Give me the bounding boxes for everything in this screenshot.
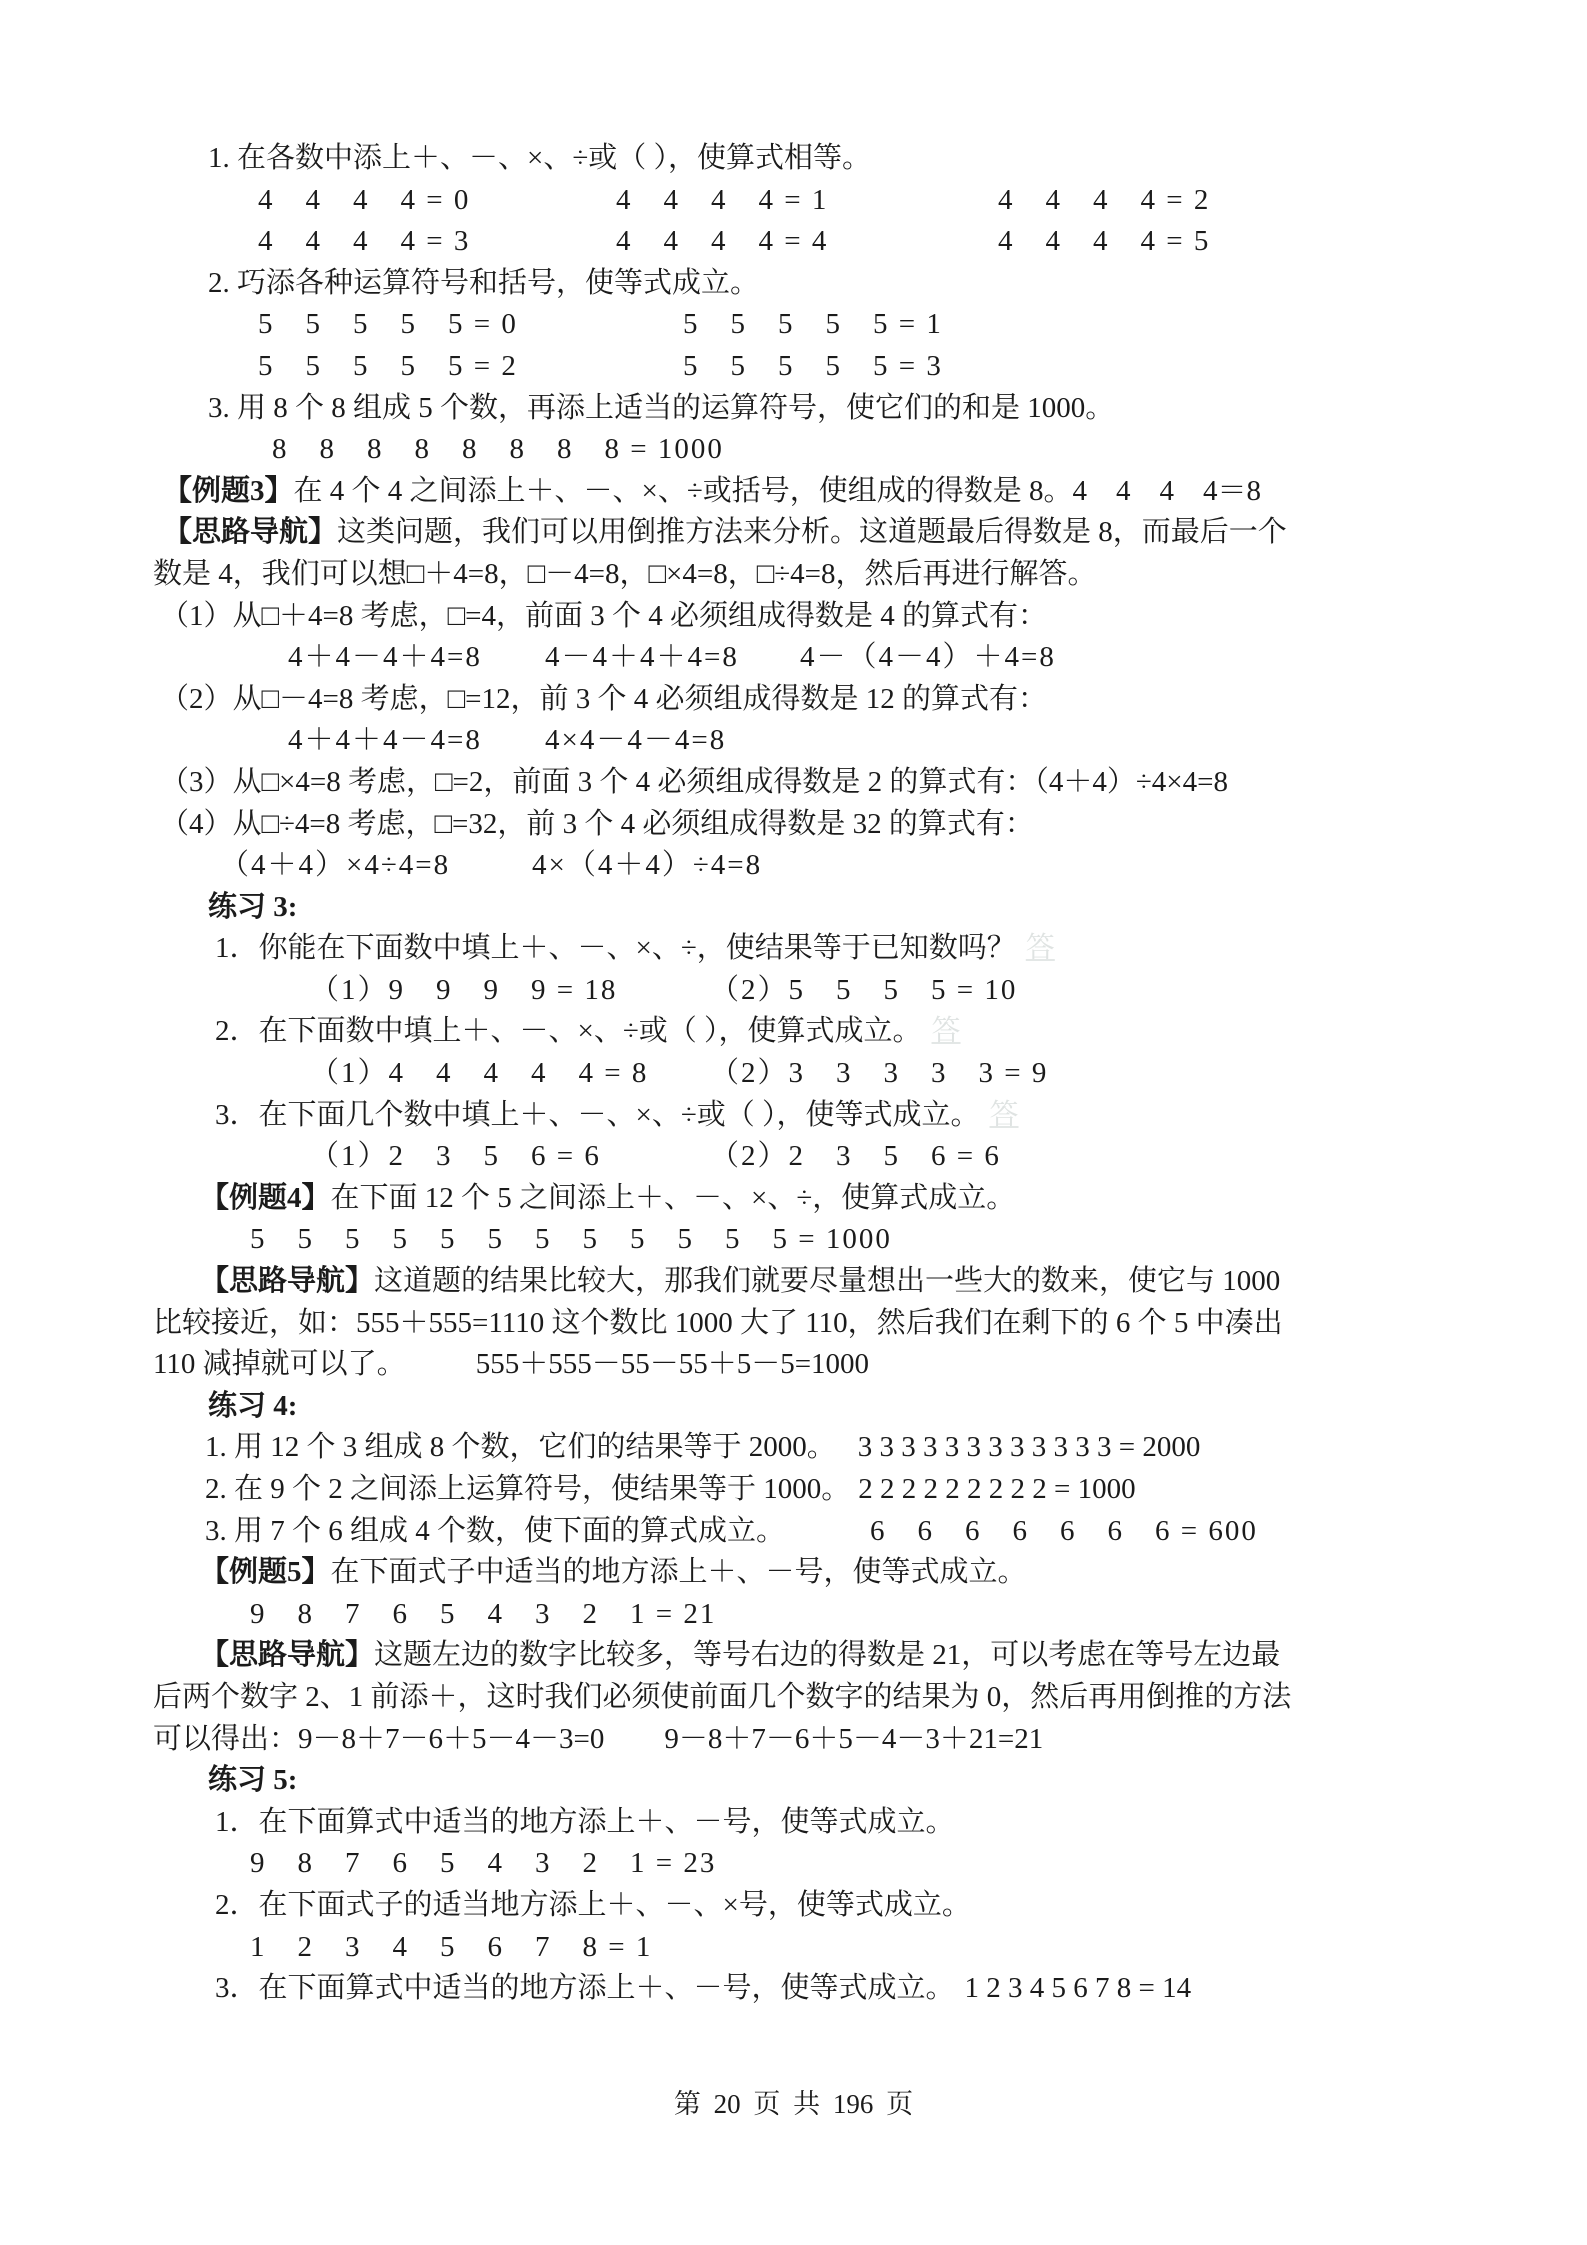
item-text: 1．你能在下面数中填上＋、－、×、÷，使结果等于已知数吗？ <box>215 932 1016 964</box>
practice-3-header: 练习 3: <box>0 887 1547 929</box>
equation: 4 4 4 4 = 4 <box>616 221 998 263</box>
equation: 4 4 4 4 = 2 <box>998 180 1210 222</box>
example-3-text: 在 4 个 4 之间添上＋、－、×、÷或括号，使组成的得数是 8。4 4 4 4… <box>294 475 1262 507</box>
problem-2-row-1: 5 5 5 5 5 = 0 5 5 5 5 5 = 1 <box>0 304 1547 346</box>
example-5-nav-line-2: 后两个数字 2、1 前添＋，这时我们必须使前面几个数字的结果为 0，然后再用倒推… <box>0 1677 1547 1719</box>
equation: 4 4 4 4 = 5 <box>998 221 1210 263</box>
practice-4-item-3: 3. 用 7 个 6 组成 4 个数，使下面的算式成立。6 6 6 6 6 6 … <box>0 1511 1547 1553</box>
nav-text: 这题左边的数字比较多，等号右边的得数是 21，可以考虑在等号左边最 <box>374 1639 1280 1671</box>
example-5-nav-line-1: 【思路导航】这题左边的数字比较多，等号右边的得数是 21，可以考虑在等号左边最 <box>0 1635 1547 1677</box>
example-4-line: 【例题4】在下面 12 个 5 之间添上＋、－、×、÷，使算式成立。 <box>0 1178 1547 1220</box>
example-3-case-1: （1）从□＋4=8 考虑，□=4，前面 3 个 4 必须组成得数是 4 的算式有… <box>0 596 1547 638</box>
example-3-line: 【例题3】在 4 个 4 之间添上＋、－、×、÷或括号，使组成的得数是 8。4 … <box>0 471 1547 513</box>
practice-4-item-2: 2. 在 9 个 2 之间添上运算符号，使结果等于 1000。2 2 2 2 2… <box>0 1469 1547 1511</box>
page-content: 1. 在各数中添上＋、－、×、÷或（ ），使算式相等。 4 4 4 4 = 0 … <box>0 138 1547 2010</box>
practice-5-header: 练习 5: <box>0 1760 1547 1802</box>
example-5-equation: 9 8 7 6 5 4 3 2 1 = 21 <box>0 1594 1547 1636</box>
example-5-label: 【例题5】 <box>200 1556 331 1588</box>
practice-4-item-1: 1. 用 12 个 3 组成 8 个数，它们的结果等于 2000。3 3 3 3… <box>0 1427 1547 1469</box>
practice-3-item-2: 2．在下面数中填上＋、－、×、÷或（ ），使算式成立。答 <box>0 1011 1547 1053</box>
equation: 1 2 3 4 5 6 7 8 = 14 <box>965 1972 1192 2004</box>
practice-5-item-1: 1．在下面算式中适当的地方添上＋、－号，使等式成立。 <box>0 1802 1547 1844</box>
nav-label: 【思路导航】 <box>200 1265 374 1297</box>
equation: （4＋4）×4÷4=8 <box>220 845 532 887</box>
example-4-nav-line-2: 比较接近，如：555＋555=1110 这个数比 1000 大了 110，然后我… <box>0 1303 1547 1345</box>
example-3-case-2-equations: 4＋4＋4－4=8 4×4－4－4=8 <box>0 720 1547 762</box>
problem-1-row-1: 4 4 4 4 = 0 4 4 4 4 = 1 4 4 4 4 = 2 <box>0 180 1547 222</box>
item-text: 1. 用 12 个 3 组成 8 个数，它们的结果等于 2000。 <box>205 1431 836 1463</box>
practice-3-item-2-equations: （1）4 4 4 4 4 = 8 （2）3 3 3 3 3 = 9 <box>0 1053 1547 1095</box>
practice-5-item-1-equation: 9 8 7 6 5 4 3 2 1 = 23 <box>0 1843 1547 1885</box>
equation: 4 4 4 4 = 1 <box>616 180 998 222</box>
equation: 2 2 2 2 2 2 2 2 2 = 1000 <box>858 1473 1135 1505</box>
practice-3-item-1-equations: （1）9 9 9 9 = 18 （2）5 5 5 5 = 10 <box>0 970 1547 1012</box>
equation: （2）5 5 5 5 = 10 <box>710 970 1017 1012</box>
answer-link[interactable]: 答 <box>932 1015 961 1047</box>
document-page: 1. 在各数中添上＋、－、×、÷或（ ），使算式相等。 4 4 4 4 = 0 … <box>0 0 1587 2245</box>
page-footer: 第 20 页 共 196 页 <box>0 2082 1587 2121</box>
item-text: 3．在下面算式中适当的地方添上＋、－号，使等式成立。 <box>215 1972 955 2004</box>
example-5-line: 【例题5】在下面式子中适当的地方添上＋、－号，使等式成立。 <box>0 1552 1547 1594</box>
example-3-case-4: （4）从□÷4=8 考虑，□=32，前 3 个 4 必须组成得数是 32 的算式… <box>0 804 1547 846</box>
item-text: 2. 在 9 个 2 之间添上运算符号，使结果等于 1000。 <box>205 1473 850 1505</box>
example-4-nav-line-1: 【思路导航】这道题的结果比较大，那我们就要尽量想出一些大的数来，使它与 1000 <box>0 1261 1547 1303</box>
answer-link[interactable]: 答 <box>990 1099 1019 1131</box>
example-3-nav-line-2: 数是 4，我们可以想□＋4=8，□－4=8，□×4=8，□÷4=8，然后再进行解… <box>0 554 1547 596</box>
equation: （2）2 3 5 6 = 6 <box>710 1136 1001 1178</box>
problem-2-row-2: 5 5 5 5 5 = 2 5 5 5 5 5 = 3 <box>0 346 1547 388</box>
nav-text: 110 减掉就可以了。 <box>153 1348 406 1380</box>
equation: 4－（4－4）＋4=8 <box>800 637 1056 679</box>
equation: （1）9 9 9 9 = 18 <box>310 970 710 1012</box>
equation: （2）3 3 3 3 3 = 9 <box>710 1053 1048 1095</box>
equation: 5 5 5 5 5 = 3 <box>683 346 943 388</box>
practice-4-header: 练习 4: <box>0 1386 1547 1428</box>
practice-5-item-2-equation: 1 2 3 4 5 6 7 8 = 1 <box>0 1927 1547 1969</box>
problem-3-title: 3. 用 8 个 8 组成 5 个数，再添上适当的运算符号，使它们的和是 100… <box>0 388 1547 430</box>
example-5-text: 在下面式子中适当的地方添上＋、－号，使等式成立。 <box>331 1556 1027 1588</box>
example-4-equation: 5 5 5 5 5 5 5 5 5 5 5 5 = 1000 <box>0 1219 1547 1261</box>
equation: 4 4 4 4 = 3 <box>258 221 616 263</box>
example-5-nav-line-3: 可以得出：9－8＋7－6＋5－4－3=09－8＋7－6＋5－4－3＋21=21 <box>0 1719 1547 1761</box>
equation: 4＋4＋4－4=8 <box>288 720 545 762</box>
example-4-nav-line-3: 110 减掉就可以了。555＋555－55－55＋5－5=1000 <box>0 1344 1547 1386</box>
practice-3-item-3-equations: （1）2 3 5 6 = 6 （2）2 3 5 6 = 6 <box>0 1136 1547 1178</box>
item-text: 3. 用 7 个 6 组成 4 个数，使下面的算式成立。 <box>205 1515 785 1547</box>
example-4-text: 在下面 12 个 5 之间添上＋、－、×、÷，使算式成立。 <box>331 1182 1016 1214</box>
equation: 4×（4＋4）÷4=8 <box>532 845 762 887</box>
nav-label: 【思路导航】 <box>200 1639 374 1671</box>
example-3-case-2: （2）从□－4=8 考虑，□=12，前 3 个 4 必须组成得数是 12 的算式… <box>0 679 1547 721</box>
equation: 4×4－4－4=8 <box>545 720 726 762</box>
example-4-label: 【例题4】 <box>200 1182 331 1214</box>
practice-3-item-3: 3．在下面几个数中填上＋、－、×、÷或（ ），使等式成立。答 <box>0 1095 1547 1137</box>
equation: 4＋4－4＋4=8 <box>288 637 545 679</box>
item-text: 3．在下面几个数中填上＋、－、×、÷或（ ），使等式成立。 <box>215 1099 980 1131</box>
equation: （1）4 4 4 4 4 = 8 <box>310 1053 710 1095</box>
example-3-label: 【例题3】 <box>163 475 294 507</box>
equation: 5 5 5 5 5 = 2 <box>258 346 683 388</box>
equation: 6 6 6 6 6 6 6 = 600 <box>870 1515 1258 1547</box>
example-3-case-3: （3）从□×4=8 考虑，□=2，前面 3 个 4 必须组成得数是 2 的算式有… <box>0 762 1547 804</box>
equation: 9－8＋7－6＋5－4－3＋21=21 <box>664 1723 1043 1755</box>
practice-5-item-3: 3．在下面算式中适当的地方添上＋、－号，使等式成立。1 2 3 4 5 6 7 … <box>0 1968 1547 2010</box>
example-3-case-4-equations: （4＋4）×4÷4=8 4×（4＋4）÷4=8 <box>0 845 1547 887</box>
example-3-nav-line-1: 【思路导航】这类问题，我们可以用倒推方法来分析。这道题最后得数是 8，而最后一个 <box>0 512 1547 554</box>
nav-text: 这类问题，我们可以用倒推方法来分析。这道题最后得数是 8，而最后一个 <box>337 516 1287 548</box>
equation: 3 3 3 3 3 3 3 3 3 3 3 3 = 2000 <box>858 1431 1201 1463</box>
problem-1-row-2: 4 4 4 4 = 3 4 4 4 4 = 4 4 4 4 4 = 5 <box>0 221 1547 263</box>
nav-label: 【思路导航】 <box>163 516 337 548</box>
equation: （1）2 3 5 6 = 6 <box>310 1136 710 1178</box>
nav-text: 这道题的结果比较大，那我们就要尽量想出一些大的数来，使它与 1000 <box>374 1265 1280 1297</box>
equation: 4 4 4 4 = 0 <box>258 180 616 222</box>
example-3-case-1-equations: 4＋4－4＋4=8 4－4＋4＋4=8 4－（4－4）＋4=8 <box>0 637 1547 679</box>
item-text: 2．在下面数中填上＋、－、×、÷或（ ），使算式成立。 <box>215 1015 922 1047</box>
equation: 4－4＋4＋4=8 <box>545 637 800 679</box>
problem-2-title: 2. 巧添各种运算符号和括号，使等式成立。 <box>0 263 1547 305</box>
answer-link[interactable]: 答 <box>1026 932 1055 964</box>
problem-3-equation: 8 8 8 8 8 8 8 8 = 1000 <box>0 429 1547 471</box>
equation: 5 5 5 5 5 = 1 <box>683 304 943 346</box>
practice-3-item-1: 1．你能在下面数中填上＋、－、×、÷，使结果等于已知数吗？答 <box>0 928 1547 970</box>
practice-5-item-2: 2．在下面式子的适当地方添上＋、－、×号，使等式成立。 <box>0 1885 1547 1927</box>
nav-text: 可以得出：9－8＋7－6＋5－4－3=0 <box>153 1723 604 1755</box>
equation: 555＋555－55－55＋5－5=1000 <box>476 1348 869 1380</box>
problem-1-title: 1. 在各数中添上＋、－、×、÷或（ ），使算式相等。 <box>0 138 1547 180</box>
equation: 5 5 5 5 5 = 0 <box>258 304 683 346</box>
